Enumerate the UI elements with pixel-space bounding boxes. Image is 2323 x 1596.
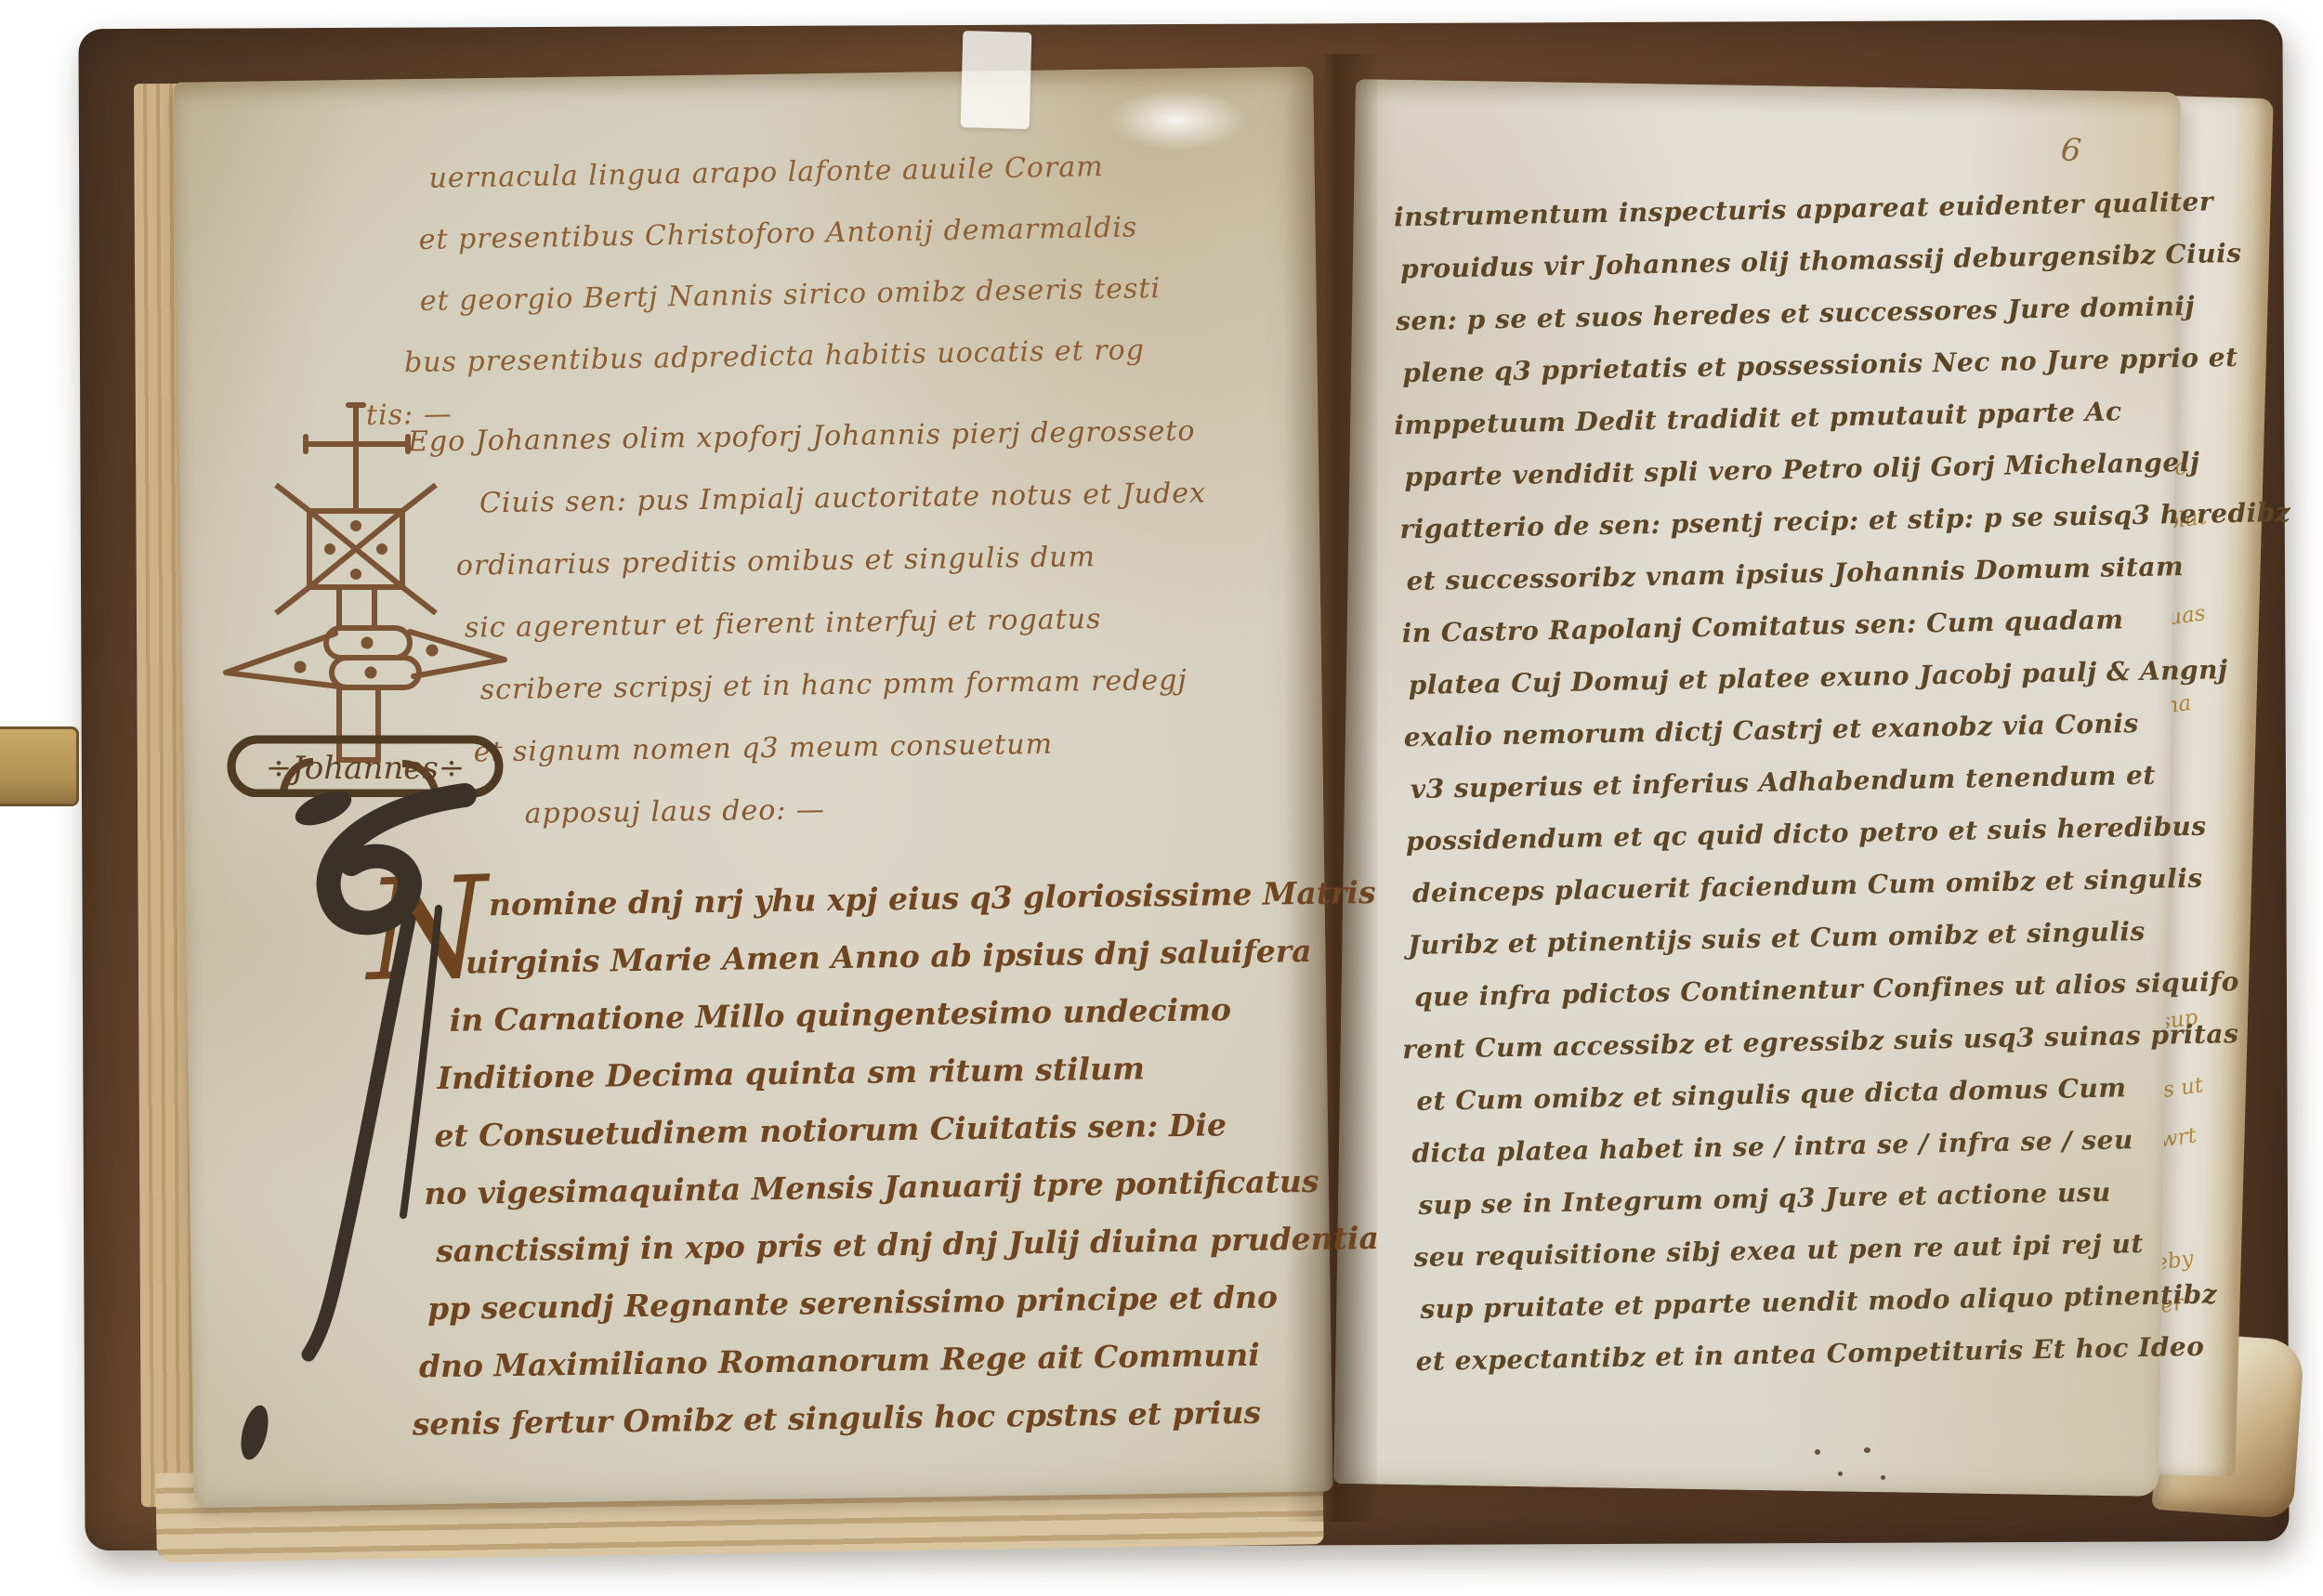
notary-cross (306, 405, 408, 511)
manuscript-line: sic agerentur et fierent interfuj et rog… (465, 601, 1209, 674)
ink-speck (1881, 1475, 1885, 1480)
manuscript-line: et signum nomen q3 meum consuetum (473, 726, 1210, 798)
photograph-background: 13 amtromplatett quasdosarmanersups utwr… (0, 0, 2323, 1596)
notary-sign-drawing: ÷Johannes÷ (217, 398, 514, 797)
manuscript-line: Ego Johannes olim xpoforj Johannis pierj… (408, 414, 1206, 488)
left-page-paragraph-3: nomine dnj nrj yhu xpj eius q3 gloriosis… (431, 874, 1384, 1463)
manuscript-line: apposuj laus deo: — (524, 788, 1211, 859)
ink-speck (1838, 1472, 1843, 1476)
ink-ribbon-flourish (230, 782, 528, 1470)
manuscript-line: ordinarius preditis omibus et singulis d… (456, 539, 1208, 611)
left-page-paragraph-2: Ego Johannes olim xpoforj Johannis pierj… (462, 414, 1211, 860)
ink-speck (1864, 1447, 1870, 1453)
page-number: 6 (2059, 131, 2083, 170)
light-glare (1108, 89, 1247, 150)
left-page-paragraph-1: uernacula lingua arapo lafonte auuile Co… (417, 150, 1163, 460)
book-clasp-strap (0, 726, 79, 806)
right-page-text: instrumentum inspecturis appareat euiden… (1394, 185, 2307, 1398)
notary-name-label: ÷Johannes÷ (266, 750, 466, 787)
translucent-tape (961, 31, 1032, 129)
manuscript-line: Ciuis sen: pus Impialj auctoritate notus… (479, 477, 1207, 549)
ink-speck (1815, 1449, 1820, 1455)
manuscript-line: scribere scripsj et in hanc pmm formam r… (480, 663, 1210, 736)
ink-speck (1851, 1494, 1855, 1498)
notary-pedestal (226, 587, 505, 760)
